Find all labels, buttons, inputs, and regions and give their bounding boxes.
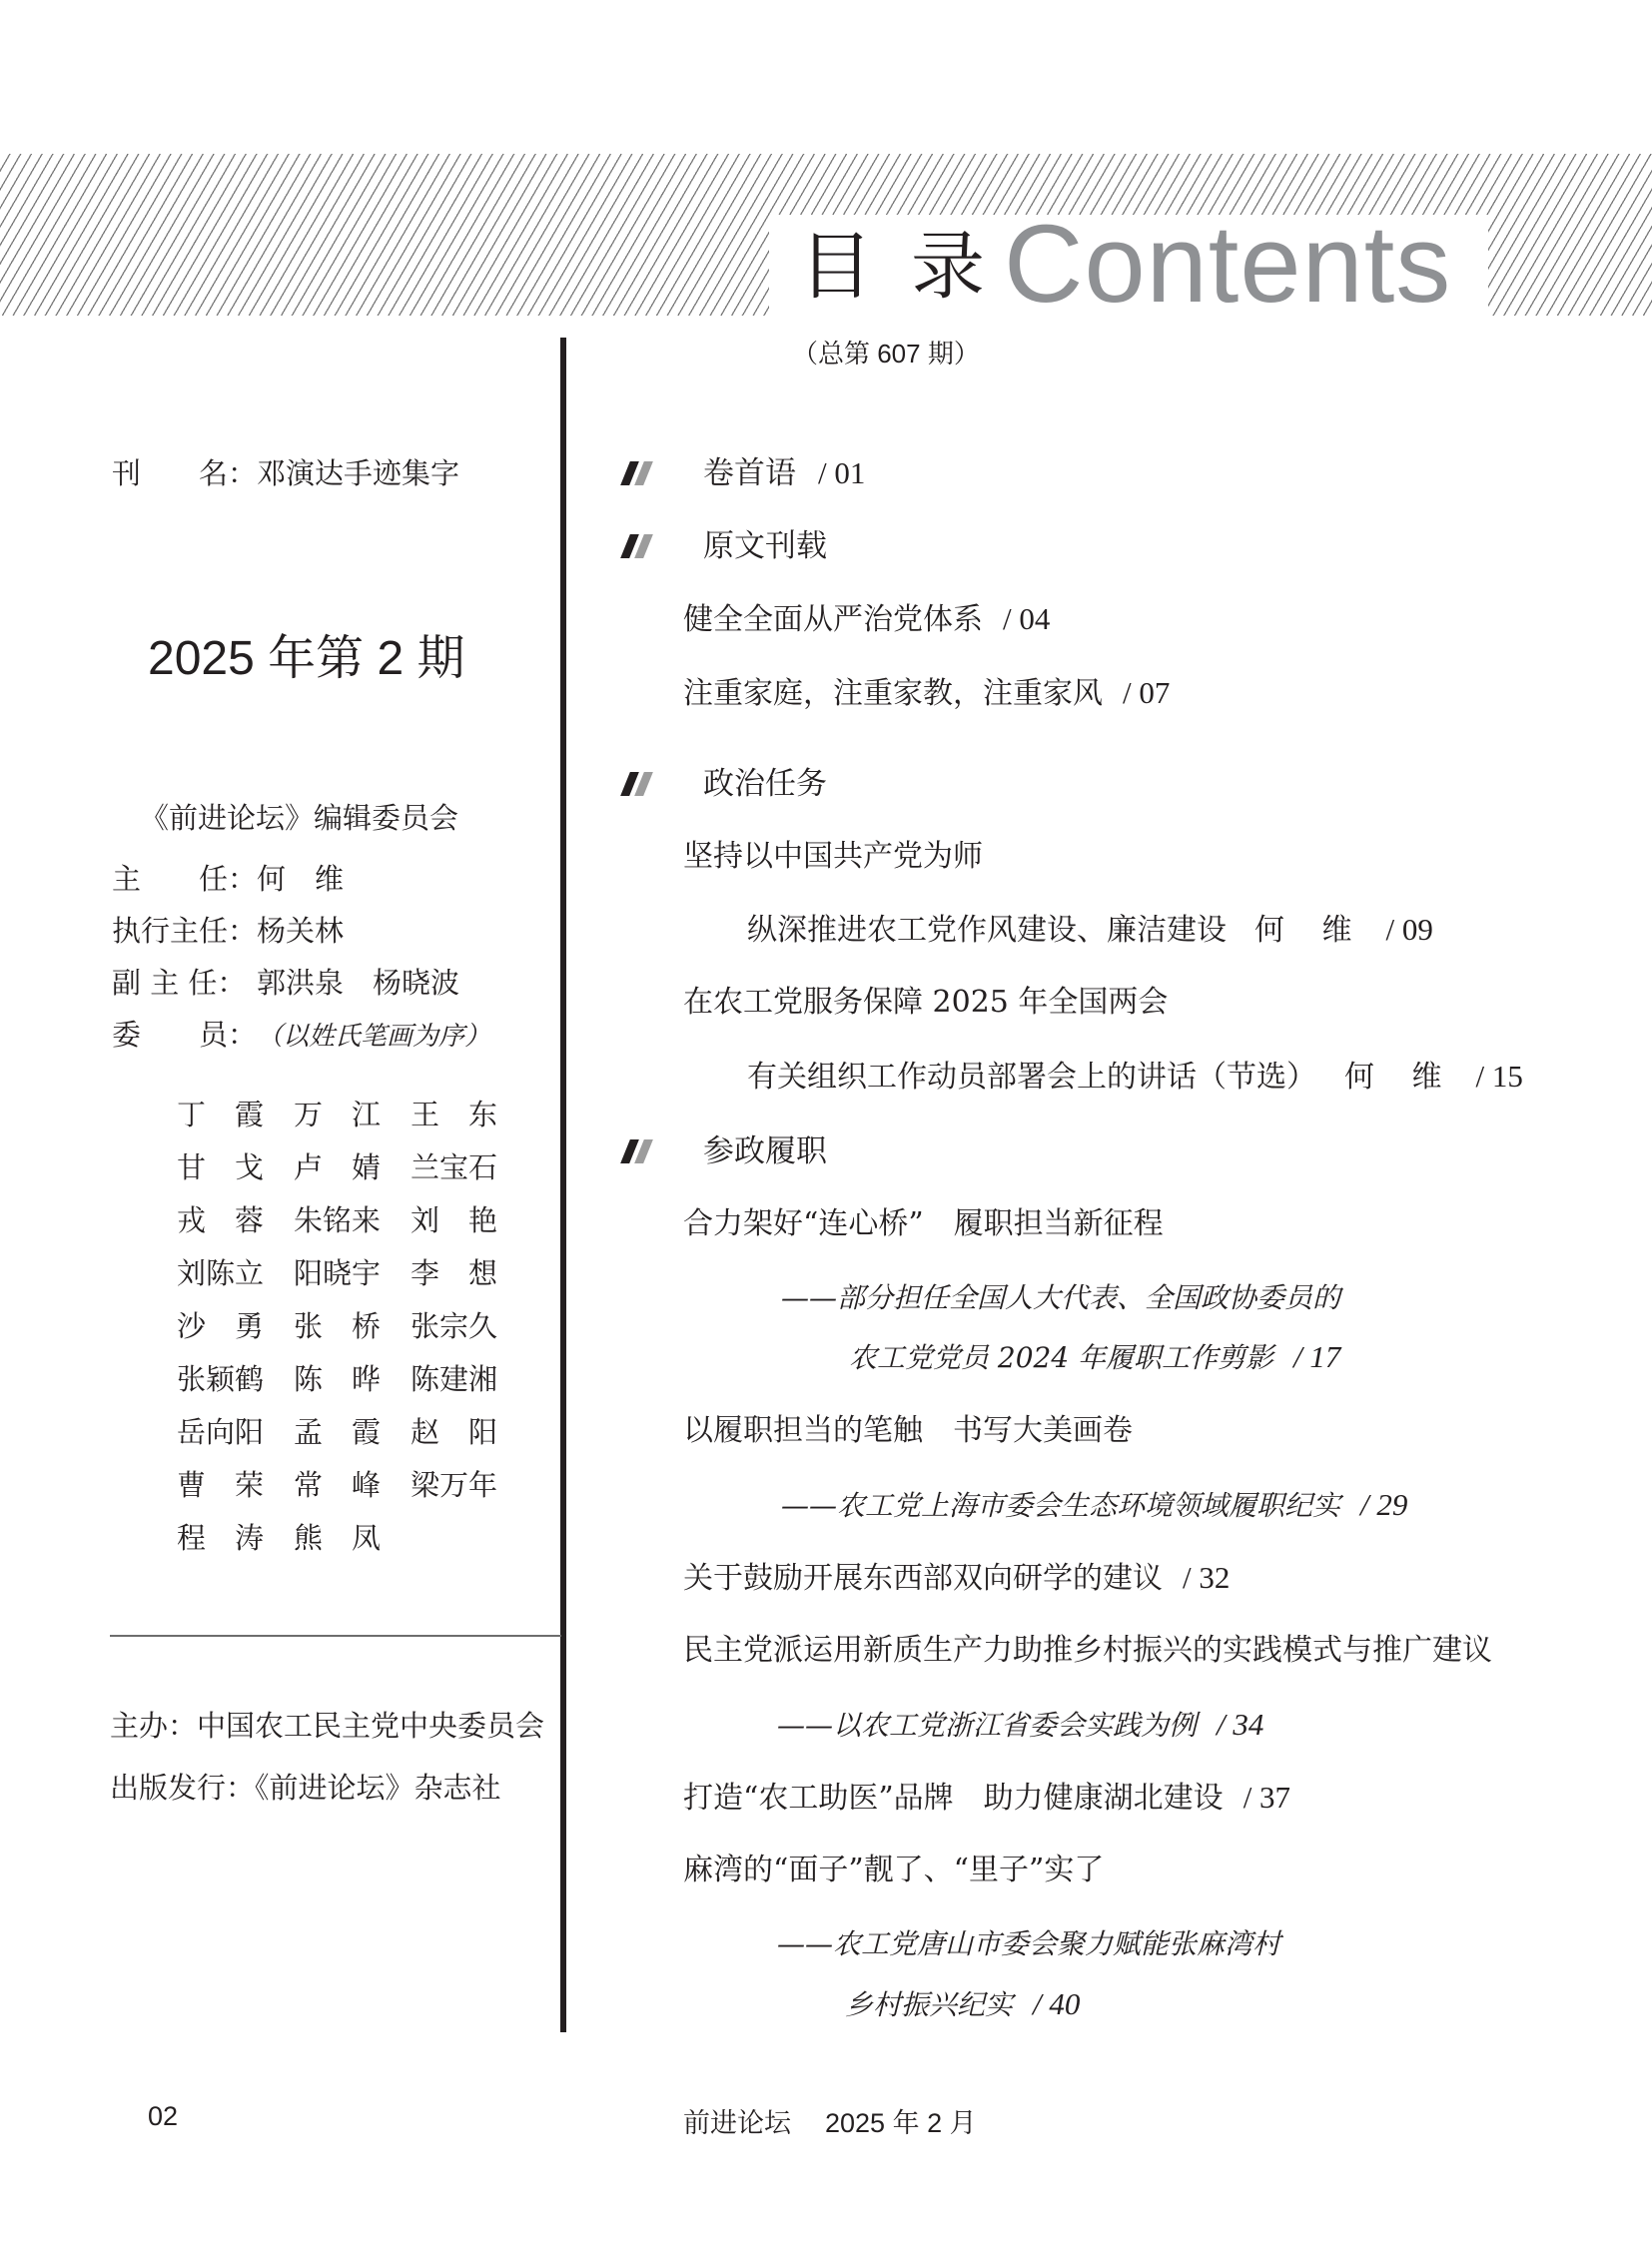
journal-name-credit: 刊 名：邓演达手迹集字 <box>112 455 459 491</box>
toc-item[interactable]: 纵深推进农工党作风建设、廉洁建设何 维/ 09 <box>747 910 1433 951</box>
member-name: 陈建湘 <box>411 1361 497 1397</box>
role-executive-director: 执行主任：杨关林 <box>112 913 344 949</box>
item-title: 打造“农工助医”品牌 助力健康湖北建设 <box>683 1781 1224 1816</box>
member-name: 张宗久 <box>411 1308 497 1344</box>
member-name: 朱铭来 <box>294 1202 381 1238</box>
item-title: 在农工党服务保障 2025 年全国两会 <box>683 985 1168 1020</box>
publisher: 出版发行：《前进论坛》杂志社 <box>110 1770 501 1806</box>
page-number: / 04 <box>1003 601 1050 636</box>
label: 刊 名： <box>112 455 257 491</box>
role-value: 杨关林 <box>257 914 344 948</box>
member-name: 曹 荣 <box>177 1467 264 1503</box>
member-name: 张 桥 <box>294 1308 381 1344</box>
toc-item[interactable]: 健全全面从严治党体系/ 04 <box>683 599 1050 640</box>
item-title: 纵深推进农工党作风建设、廉洁建设 <box>747 913 1227 948</box>
page-number: / 29 <box>1360 1487 1407 1522</box>
section-title: 政治任务 <box>703 764 827 804</box>
member-name: 刘陈立 <box>177 1255 264 1291</box>
toc-item-subtitle[interactable]: ——部分担任全国人大代表、全国政协委员的 <box>781 1278 1340 1318</box>
item-subtitle: 农工党党员 2024 年履职工作剪影 <box>849 1341 1273 1374</box>
item-subtitle: ——农工党上海市委会生态环境领域履职纪实 <box>781 1489 1340 1522</box>
toc-item[interactable]: 关于鼓励开展东西部双向研学的建议/ 32 <box>683 1558 1230 1599</box>
page-number: / 37 <box>1243 1780 1290 1815</box>
member-name: 程 涛 <box>177 1520 264 1556</box>
member-name: 万 江 <box>294 1097 381 1132</box>
toc-item[interactable]: 在农工党服务保障 2025 年全国两会 <box>683 983 1168 1023</box>
role-value: 郭洪泉 杨晓波 <box>257 966 459 1000</box>
item-title: 民主党派运用新质生产力助推乡村振兴的实践模式与推广建议 <box>683 1633 1492 1668</box>
footer-journal-name: 前进论坛 <box>683 2108 791 2138</box>
sponsor: 主办：中国农工民主党中央委员会 <box>110 1708 544 1744</box>
page-number: / 32 <box>1183 1560 1230 1595</box>
role-label: 副 主 任： <box>112 965 257 1001</box>
section-title: 原文刊载 <box>703 526 827 566</box>
member-name: 岳向阳 <box>177 1414 264 1450</box>
member-name: 卢 婧 <box>294 1149 381 1185</box>
member-name: 丁 霞 <box>177 1097 264 1132</box>
item-title: 健全全面从严治党体系 <box>683 602 983 637</box>
toc-section-foreword[interactable]: 卷首语/ 01 <box>619 453 865 493</box>
member-name: 张颖鹤 <box>177 1361 264 1397</box>
item-subtitle: ——农工党唐山市委会聚力赋能张麻湾村 <box>777 1927 1280 1960</box>
page-number: / 07 <box>1123 675 1170 710</box>
member-name: 熊 凤 <box>294 1520 381 1556</box>
footer-page-number: 02 <box>148 2101 178 2132</box>
item-title: 有关组织工作动员部署会上的讲话（节选） <box>747 1060 1316 1095</box>
section-bullet-icon <box>619 461 653 485</box>
section-title: 卷首语 <box>703 453 796 493</box>
member-name: 孟 霞 <box>294 1414 381 1450</box>
toc-section-political-tasks[interactable]: 政治任务 <box>619 764 827 804</box>
author: 何 维 <box>1344 1060 1456 1095</box>
author: 何 维 <box>1254 913 1366 948</box>
toc-item-subtitle[interactable]: ——农工党上海市委会生态环境领域履职纪实/ 29 <box>781 1485 1407 1526</box>
left-column-rule <box>110 1635 561 1637</box>
section-bullet-icon <box>619 772 653 796</box>
role-label: 主 任： <box>112 861 257 897</box>
page-number: / 40 <box>1033 1986 1080 2021</box>
role-note: （以姓氏笔画为序） <box>257 1022 490 1052</box>
toc-item[interactable]: 注重家庭，注重家教，注重家风/ 07 <box>683 673 1170 714</box>
member-name: 兰宝石 <box>411 1149 497 1185</box>
member-name: 戎 蓉 <box>177 1202 264 1238</box>
footer-journal-date: 前进论坛2025 年 2 月 <box>683 2101 977 2140</box>
toc-item-subtitle[interactable]: 乡村振兴纪实/ 40 <box>845 1984 1080 2025</box>
page-title-chinese: 目录 <box>799 222 1023 312</box>
toc-item-subtitle[interactable]: ——以农工党浙江省委会实践为例/ 34 <box>777 1705 1263 1746</box>
item-title: 关于鼓励开展东西部双向研学的建议 <box>683 1561 1163 1596</box>
item-title: 坚持以中国共产党为师 <box>683 839 983 874</box>
role-value: 何 维 <box>257 862 344 896</box>
toc-item[interactable]: 有关组织工作动员部署会上的讲话（节选）何 维/ 15 <box>747 1057 1523 1098</box>
toc-item[interactable]: 合力架好“连心桥” 履职担当新征程 <box>683 1204 1164 1244</box>
item-subtitle: 乡村振兴纪实 <box>845 1988 1013 2021</box>
member-name: 沙 勇 <box>177 1308 264 1344</box>
member-name: 陈 晔 <box>294 1361 381 1397</box>
page-number: / 15 <box>1476 1059 1523 1094</box>
section-bullet-icon <box>619 1139 653 1163</box>
member-name: 常 峰 <box>294 1467 381 1503</box>
column-divider <box>560 338 566 2032</box>
toc-item[interactable]: 麻湾的“面子”靓了、“里子”实了 <box>683 1851 1104 1890</box>
section-bullet-icon <box>619 534 653 558</box>
footer-date: 2025 年 2 月 <box>825 2108 977 2138</box>
member-name: 赵 阳 <box>411 1414 497 1450</box>
page-number: / 09 <box>1386 912 1433 947</box>
toc-item-subtitle[interactable]: 农工党党员 2024 年履职工作剪影/ 17 <box>849 1337 1340 1378</box>
total-issue-number: （总第 607 期） <box>792 334 980 371</box>
toc-section-original-text[interactable]: 原文刊载 <box>619 526 827 566</box>
page-number: / 17 <box>1293 1339 1340 1374</box>
page-number: / 01 <box>818 453 865 493</box>
item-title: 合力架好“连心桥” 履职担当新征程 <box>683 1206 1164 1241</box>
toc-section-participation[interactable]: 参政履职 <box>619 1131 827 1171</box>
role-director: 主 任：何 维 <box>112 861 344 897</box>
toc-item[interactable]: 坚持以中国共产党为师 <box>683 837 983 877</box>
item-title: 麻湾的“面子”靓了、“里子”实了 <box>683 1853 1104 1887</box>
toc-item[interactable]: 民主党派运用新质生产力助推乡村振兴的实践模式与推广建议 <box>683 1631 1492 1671</box>
member-name: 甘 戈 <box>177 1149 264 1185</box>
item-title: 以履职担当的笔触 书写大美画卷 <box>683 1413 1133 1448</box>
role-label: 执行主任： <box>112 913 257 949</box>
item-subtitle: ——部分担任全国人大代表、全国政协委员的 <box>781 1281 1340 1314</box>
role-label: 委 员： <box>112 1017 257 1053</box>
page-number: / 34 <box>1217 1707 1263 1742</box>
item-subtitle: ——以农工党浙江省委会实践为例 <box>777 1709 1197 1742</box>
toc-item[interactable]: 打造“农工助医”品牌 助力健康湖北建设/ 37 <box>683 1778 1290 1819</box>
toc-item[interactable]: 以履职担当的笔触 书写大美画卷 <box>683 1411 1133 1451</box>
member-name: 李 想 <box>411 1255 497 1291</box>
member-name: 刘 艳 <box>411 1202 497 1238</box>
item-title: 注重家庭，注重家教，注重家风 <box>683 676 1103 711</box>
section-title: 参政履职 <box>703 1131 827 1171</box>
page-title-english: Contents <box>1004 205 1451 325</box>
role-deputy-director: 副 主 任：郭洪泉 杨晓波 <box>112 965 459 1001</box>
value: 邓演达手迹集字 <box>257 456 459 490</box>
issue-label: 2025 年第 2 期 <box>148 619 465 688</box>
committee-title: 《前进论坛》编辑委员会 <box>140 800 458 836</box>
member-name: 王 东 <box>411 1097 497 1132</box>
role-members: 委 员：（以姓氏笔画为序） <box>112 1017 490 1055</box>
toc-item-subtitle[interactable]: ——农工党唐山市委会聚力赋能张麻湾村 <box>777 1924 1280 1964</box>
member-name: 梁万年 <box>411 1467 497 1503</box>
member-name: 阳晓宇 <box>294 1255 381 1291</box>
